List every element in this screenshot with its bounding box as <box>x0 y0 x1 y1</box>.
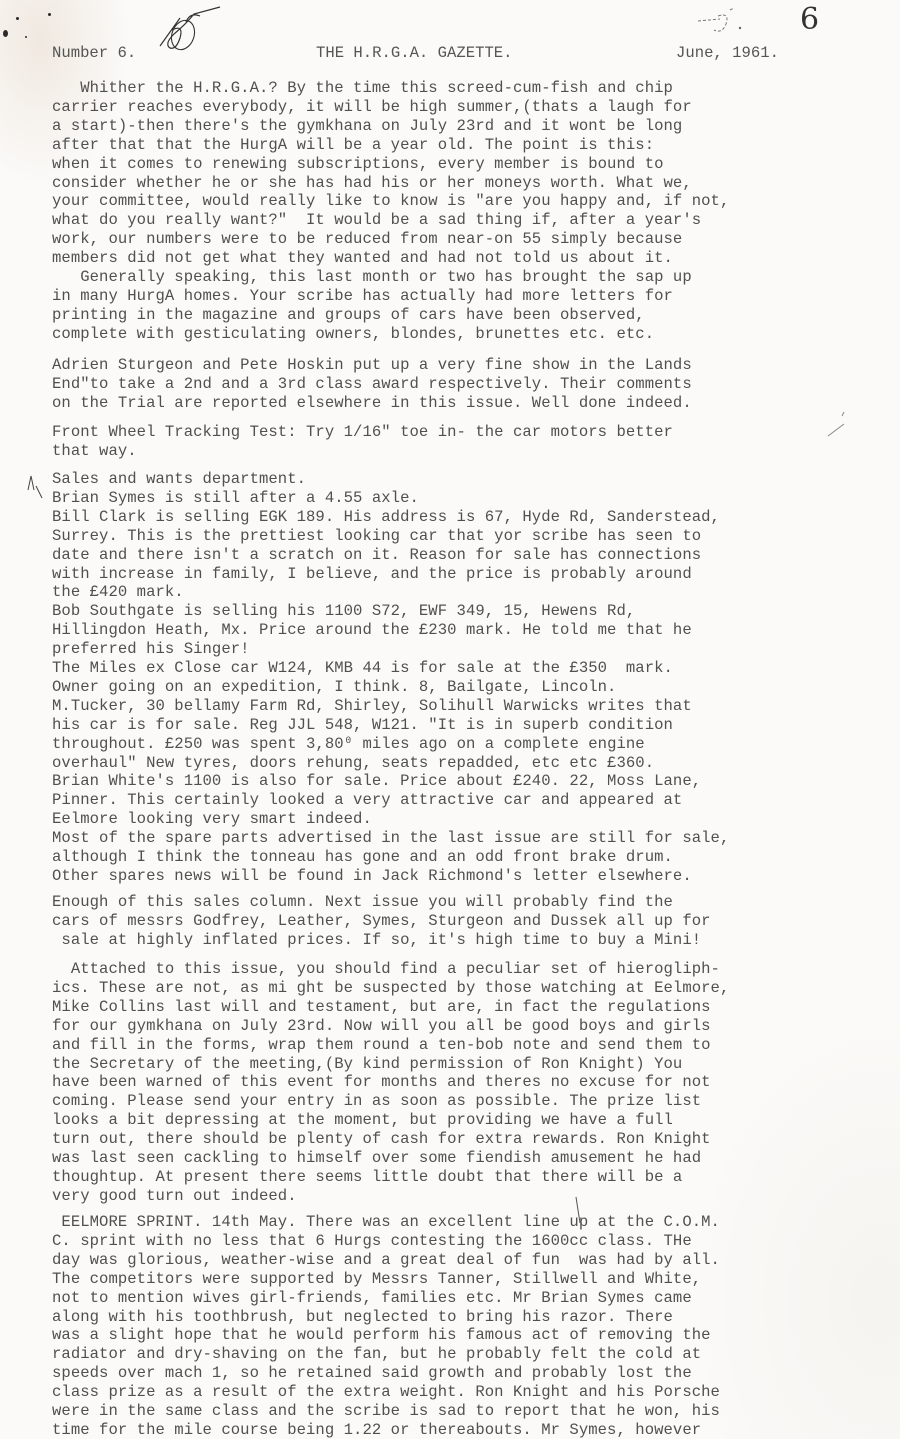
ink-smudge <box>25 36 27 38</box>
text-line: that way. <box>52 442 137 460</box>
text-line: and fill in the forms, wrap them round a… <box>52 1036 711 1054</box>
text-line: Whither the H.R.G.A.? By the time this s… <box>52 79 673 97</box>
text-line: day was glorious, weather-wise and a gre… <box>52 1251 720 1269</box>
text-line: along with his toothbrush, but neglected… <box>52 1308 673 1326</box>
text-line: Front Wheel Tracking Test: Try 1/16" toe… <box>52 423 673 441</box>
text-line: your committee, would really like to kno… <box>52 192 729 210</box>
text-line: M.Tucker, 30 bellamy Farm Rd, Shirley, S… <box>52 697 692 715</box>
text-line: The Miles ex Close car W124, KMB 44 is f… <box>52 659 673 677</box>
text-line: consider whether he or she has had his o… <box>52 174 692 192</box>
text-line: sale at highly inflated prices. If so, i… <box>52 931 701 949</box>
ink-smudge <box>48 13 51 16</box>
text-line: Pinner. This certainly looked a very att… <box>52 791 682 809</box>
text-line: have been warned of this event for month… <box>52 1073 711 1091</box>
text-line: EELMORE SPRINT. 14th May. There was an e… <box>52 1213 720 1231</box>
text-line: throughout. £250 was spent 3,80⁰ miles a… <box>52 735 645 753</box>
text-line: Mike Collins last will and testament, bu… <box>52 998 711 1016</box>
text-line: after that that the HurgA will be a year… <box>52 136 654 154</box>
text-line: Adrien Sturgeon and Pete Hoskin put up a… <box>52 356 692 374</box>
handwritten-mark-icon <box>690 6 780 46</box>
text-line: Brian White's 1100 is also for sale. Pri… <box>52 772 701 790</box>
text-line: turn out, there should be plenty of cash… <box>52 1130 711 1148</box>
text-line: Bill Clark is selling EGK 189. His addre… <box>52 508 720 526</box>
text-line: the £420 mark. <box>52 583 184 601</box>
text-line: carrier reaches everybody, it will be hi… <box>52 98 692 116</box>
text-line: speeds over mach 1, so he retained said … <box>52 1364 692 1382</box>
text-line: Sales and wants department. <box>52 470 306 488</box>
handwritten-page-number: 6 <box>800 2 819 37</box>
text-line: members did not get what they wanted and… <box>52 249 673 267</box>
typewritten-page: Number 6. THE H.R.G.A. GAZETTE. June, 19… <box>0 0 900 1439</box>
text-line: on the Trial are reported elsewhere in t… <box>52 394 692 412</box>
text-line: in many HurgA homes. Your scribe has act… <box>52 287 673 305</box>
text-line: a start)-then there's the gymkhana on Ju… <box>52 117 682 135</box>
text-line: work, our numbers were to be reduced fro… <box>52 230 682 248</box>
text-line: The competitors were supported by Messrs… <box>52 1270 701 1288</box>
text-line: not to mention wives girl-friends, famil… <box>52 1289 692 1307</box>
text-line: very good turn out indeed. <box>52 1187 297 1205</box>
text-line: thoughtup. At present there seems little… <box>52 1168 682 1186</box>
text-line: what do you really want?" It would be a … <box>52 211 701 229</box>
text-line: were in the same class and the scribe is… <box>52 1402 720 1420</box>
text-line: Bob Southgate is selling his 1100 S72, E… <box>52 602 635 620</box>
text-line: overhaul" New tyres, doors rehung, seats… <box>52 754 654 772</box>
text-line: coming. Please send your entry in as soo… <box>52 1092 701 1110</box>
text-line: complete with gesticulating owners, blon… <box>52 325 654 343</box>
handwritten-initials-icon <box>150 4 260 56</box>
text-line: Enough of this sales column. Next issue … <box>52 893 673 911</box>
margin-arrow-mark-icon <box>22 468 46 502</box>
text-line: Attached to this issue, you should find … <box>52 960 720 978</box>
margin-tick-mark-icon <box>826 410 850 440</box>
text-line: printing in the magazine and groups of c… <box>52 306 645 324</box>
gazette-title: THE H.R.G.A. GAZETTE. <box>316 44 513 62</box>
text-line: Hillingdon Heath, Mx. Price around the £… <box>52 621 692 639</box>
margin-tick-mark-icon <box>570 1195 590 1225</box>
text-line: was a slight hope that he would perform … <box>52 1326 711 1344</box>
text-line: Generally speaking, this last month or t… <box>52 268 692 286</box>
issue-number: Number 6. <box>52 44 136 62</box>
text-line: date and there isn't a scratch on it. Re… <box>52 546 701 564</box>
ink-smudge <box>16 17 19 20</box>
text-line: although I think the tonneau has gone an… <box>52 848 673 866</box>
text-line: radiator and dry-shaving on the fan, but… <box>52 1345 701 1363</box>
text-line: his car is for sale. Reg JJL 548, W121. … <box>52 716 673 734</box>
text-line: was last seen cackling to himself over s… <box>52 1149 701 1167</box>
text-line: Surrey. This is the prettiest looking ca… <box>52 527 701 545</box>
issue-date: June, 1961. <box>676 44 779 62</box>
text-line: class prize as a result of the extra wei… <box>52 1383 720 1401</box>
text-line: looks a bit depressing at the moment, bu… <box>52 1111 673 1129</box>
text-line: time for the mile course being 1.22 or t… <box>52 1421 701 1439</box>
text-line: preferred his Singer! <box>52 640 250 658</box>
text-line: cars of messrs Godfrey, Leather, Symes, … <box>52 912 711 930</box>
ink-smudge <box>3 30 8 37</box>
text-line: C. sprint with no less that 6 Hurgs cont… <box>52 1232 692 1250</box>
text-line: for our gymkhana on July 23rd. Now will … <box>52 1017 711 1035</box>
text-line: the Secretary of the meeting,(By kind pe… <box>52 1055 682 1073</box>
text-line: with increase in family, I believe, and … <box>52 565 692 583</box>
text-line: End"to take a 2nd and a 3rd class award … <box>52 375 692 393</box>
text-line: Most of the spare parts advertised in th… <box>52 829 729 847</box>
text-line: ics. These are not, as mi ght be suspect… <box>52 979 729 997</box>
text-line: Owner going on an expedition, I think. 8… <box>52 678 616 696</box>
text-line: when it comes to renewing subscriptions,… <box>52 155 664 173</box>
text-line: Other spares news will be found in Jack … <box>52 867 692 885</box>
text-line: Brian Symes is still after a 4.55 axle. <box>52 489 419 507</box>
text-line: Eelmore looking very smart indeed. <box>52 810 372 828</box>
